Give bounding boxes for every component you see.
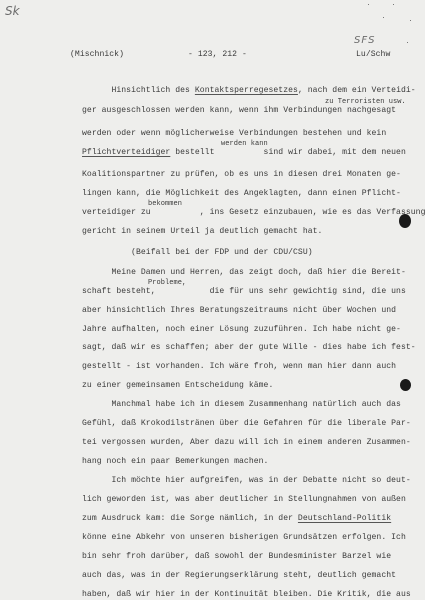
body-line-20: hang noch ein paar Bemerkungen machen. xyxy=(82,457,268,466)
applause-note: (Beifall bei der FDP und der CDU/CSU) xyxy=(82,248,313,257)
typist-initials: Lu/Schw xyxy=(356,50,390,59)
insertion-zu-terroristen: zu Terroristen usw. xyxy=(325,98,406,106)
insertion-werden-kann: werden kann xyxy=(221,140,268,148)
punch-hole-bottom xyxy=(400,379,411,391)
insertion-probleme: Probleme, xyxy=(148,279,186,287)
underlined-term-deutschland-politik: Deutschland-Politik xyxy=(298,514,391,523)
corner-handwritten-mark: Sk xyxy=(5,4,20,18)
underlined-term-kontaktsperregesetz: Kontaktsperregesetzes xyxy=(195,86,298,95)
body-line-5: Koalitionspartner zu prüfen, ob es uns i… xyxy=(82,170,401,179)
body-line-14: sagt, daß wir es schaffen; aber der gute… xyxy=(82,343,416,352)
body-line-10: Meine Damen und Herren, das zeigt doch, … xyxy=(82,268,406,277)
punch-hole-top xyxy=(399,214,411,228)
body-line-12: aber hinsichtlich Ihres Beratungszeitrau… xyxy=(82,306,396,315)
body-line-17: Manchmal habe ich in diesem Zusammenhang… xyxy=(82,400,401,409)
document-page: Sk (Mischnick) - 123, 212 - SFS Lu/Schw … xyxy=(0,0,425,600)
body-line-6: lingen kann, die Möglichkeit des Angekla… xyxy=(82,189,401,198)
body-line-7: verteidiger zu , ins Gesetz einzubauen, … xyxy=(82,208,425,217)
body-line-26: auch das, was in der Regierungserklärung… xyxy=(82,571,396,580)
body-line-8: gericht in seinem Urteil ja deutlich gem… xyxy=(82,227,322,236)
body-line-19: tei vergossen wurden, Aber dazu will ich… xyxy=(82,438,411,447)
body-line-16: zu einer gemeinsamen Entscheidung käme. xyxy=(82,381,273,390)
body-line-2: ger ausgeschlossen werden kann, wenn ihm… xyxy=(82,106,396,115)
page-numbers: - 123, 212 - xyxy=(188,50,247,59)
body-line-1: Hinsichtlich des Kontaktsperregesetzes, … xyxy=(82,86,416,95)
body-line-25: bin sehr froh darüber, daß sowohl der Bu… xyxy=(82,552,391,561)
body-line-3: werden oder wenn möglicherweise Verbindu… xyxy=(82,129,386,138)
body-line-4: Pflichtverteidiger bestellt sind wir dab… xyxy=(82,148,406,157)
body-line-15: gestellt - ist vorhanden. Ich wäre froh,… xyxy=(82,362,396,371)
body-line-21: Ich möchte hier aufgreifen, was in der D… xyxy=(82,476,411,485)
underlined-term-pflichtverteidiger: Pflichtverteidiger xyxy=(82,148,170,157)
insertion-bekommen: bekommen xyxy=(148,200,182,208)
handwritten-stamp: SFS xyxy=(354,35,375,46)
body-line-22: lich geworden ist, was aber deutlicher i… xyxy=(82,495,406,504)
body-line-24: könne eine Abkehr von unseren bisherigen… xyxy=(82,533,406,542)
speaker-name: (Mischnick) xyxy=(70,50,124,59)
body-line-13: Jahre aufhalten, noch einer Lösung zuzuf… xyxy=(82,325,401,334)
body-line-18: Gefühl, daß Krokodilstränen über die Gef… xyxy=(82,419,411,428)
body-line-11: schaft besteht, die für uns sehr gewicht… xyxy=(82,287,406,296)
body-line-23: zum Ausdruck kam: die Sorge nämlich, in … xyxy=(82,514,391,523)
body-line-27: haben, daß wir hier in der Kontinuität b… xyxy=(82,590,411,599)
